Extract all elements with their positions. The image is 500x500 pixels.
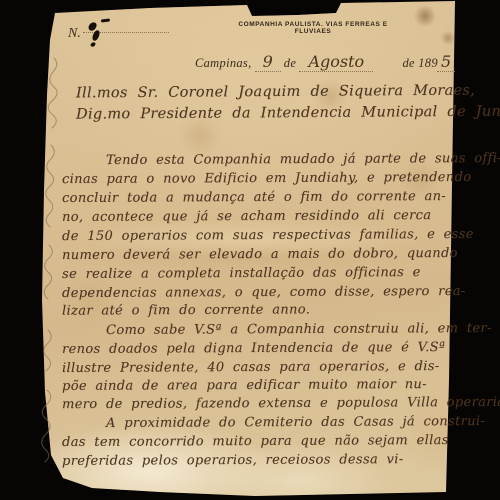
body-line: numero deverá ser elevado a mais do dobr… <box>62 246 458 263</box>
document-number-field: N. <box>68 26 188 42</box>
dateline-year-digit-handwritten: 5 <box>437 52 455 72</box>
body-line: dependencias annexas, o que, como disse,… <box>62 284 466 301</box>
dateline-day-handwritten: 9 <box>255 52 281 72</box>
body-line: mero de predios, fazendo extensa e popul… <box>62 395 500 412</box>
addressee-line-1: Ill.mos Sr. Coronel Joaquim de Siqueira … <box>76 83 475 102</box>
margin-handwriting-annotation <box>38 50 68 470</box>
dateline-year-prefix: de 189 <box>402 56 437 70</box>
dateline-de: de <box>284 56 296 70</box>
body-line: A proximidade do Cemiterio das Casas já … <box>106 414 485 431</box>
number-label: N. <box>68 26 81 41</box>
body-line: põe ainda de area para edificar muito ma… <box>62 377 427 394</box>
body-line: se realize a completa installação das of… <box>62 265 421 282</box>
body-line: illustre Presidente, 40 casas para opera… <box>62 359 440 376</box>
body-line: renos doados pela digna Intendencia de q… <box>62 340 445 357</box>
dateline-month-handwritten: Agosto <box>299 52 373 72</box>
body-line: no, acontece que já se acham residindo a… <box>62 208 431 225</box>
body-line: concluir toda a mudança até o fim do cor… <box>62 189 446 206</box>
body-line: das tem concorrido muito para que não se… <box>62 433 449 450</box>
body-line: cinas para o novo Edificio em Jundiahy, … <box>62 170 471 187</box>
body-line: Tendo esta Companhia mudado já parte de … <box>106 151 500 168</box>
body-line: preferidas pelos operarios, receiosos de… <box>62 452 404 469</box>
company-letterhead: COMPANHIA PAULISTA. VIAS FERREAS E FLUVI… <box>233 21 393 35</box>
addressee-line-2: Dig.mo Presidente da Intendencia Municip… <box>76 103 500 122</box>
dateline: Campinas, 9 de Agosto de 189 5 <box>195 52 465 72</box>
body-line: de 150 operarios com suas respectivas fa… <box>62 227 474 244</box>
dateline-place: Campinas, <box>195 56 252 70</box>
body-line: Como sabe V.Sª a Companhia construiu ali… <box>106 321 492 338</box>
body-line: lizar até o fim do corrente anno. <box>62 302 310 318</box>
